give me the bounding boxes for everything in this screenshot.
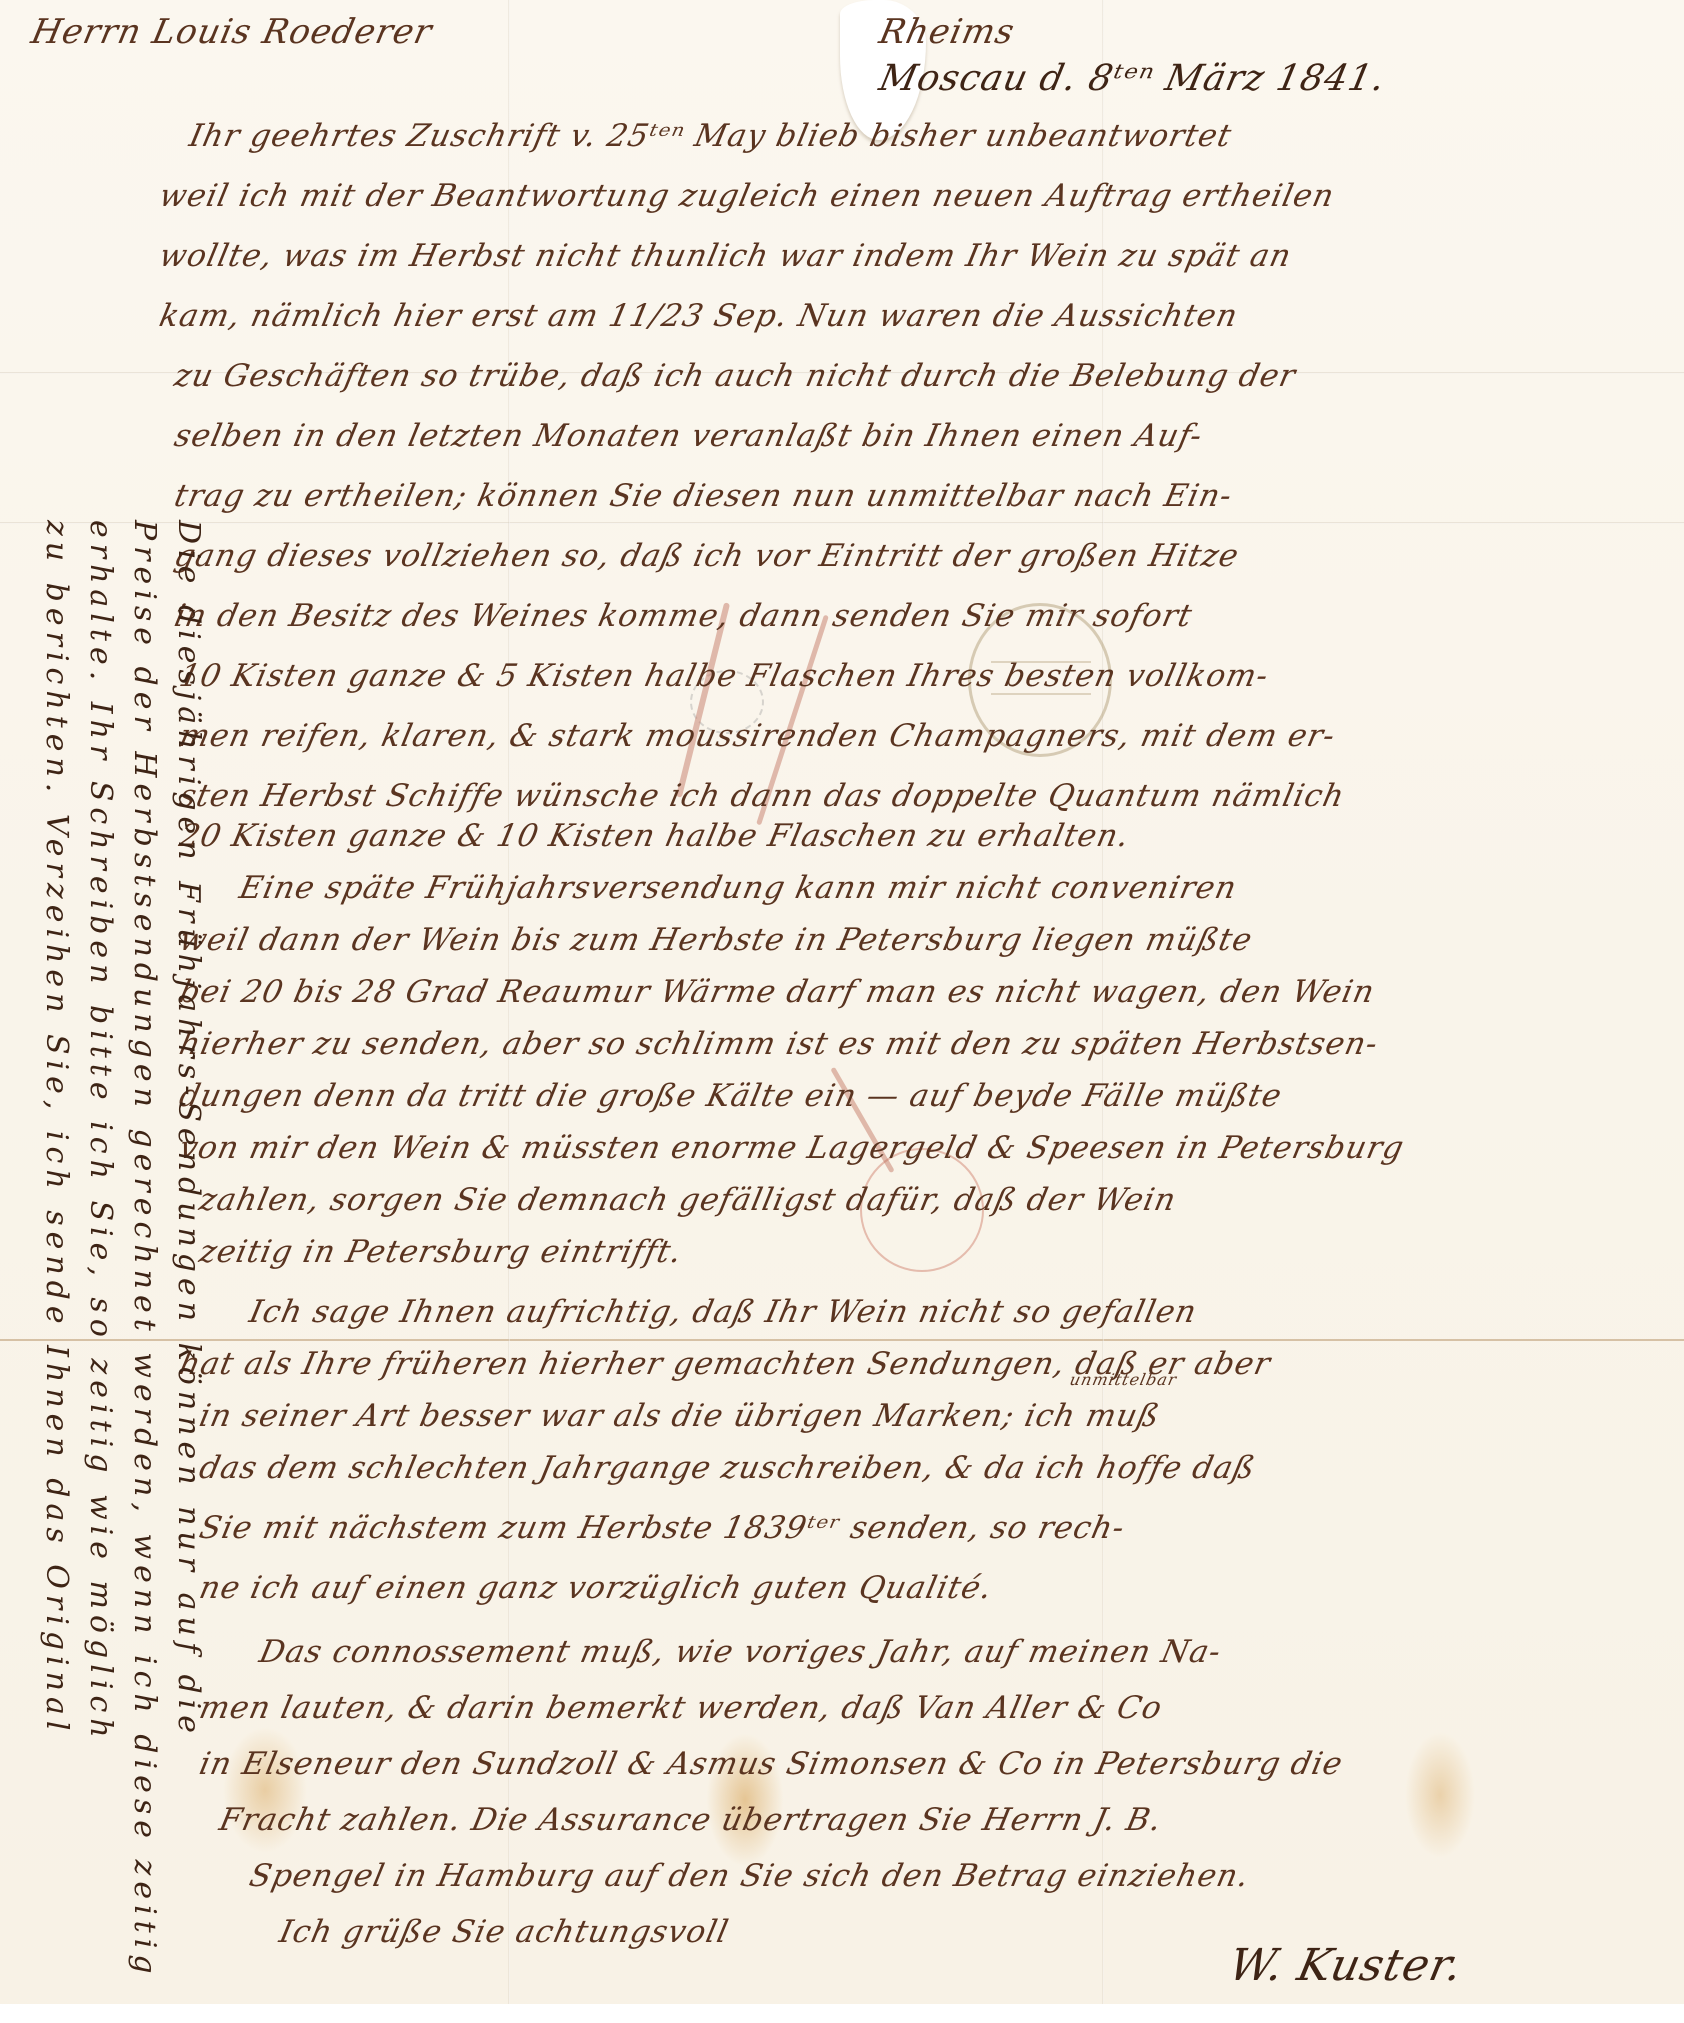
margin-note-line: erhalte. Ihr Schreiben bitte ich Sie, so…: [78, 520, 122, 2000]
body-line: Das connossement muß, wie voriges Jahr, …: [256, 1634, 1224, 1670]
body-line: trag zu ertheilen; können Sie diesen nun…: [171, 478, 1235, 514]
scan-border: [0, 2004, 1684, 2023]
signature: W. Kuster.: [1225, 1940, 1468, 1991]
margin-note-line: Preise der Herbstsendungen gerechnet wer…: [122, 520, 166, 2000]
body-line: men reifen, klaren, & stark moussirenden…: [176, 718, 1339, 754]
body-line: Ich sage Ihnen aufrichtig, daß Ihr Wein …: [246, 1294, 1200, 1330]
body-line: men lauten, & darin bemerkt werden, daß …: [196, 1690, 1166, 1726]
body-line: Fracht zahlen. Die Assurance übertragen …: [216, 1802, 1165, 1838]
body-line: dungen denn da tritt die große Kälte ein…: [176, 1078, 1285, 1114]
margin-note: Die diesjährigen Frühjahrs-Sendungen kön…: [30, 520, 210, 2000]
body-line: ne ich auf einen ganz vorzüglich guten Q…: [196, 1570, 995, 1606]
body-line: in seiner Art besser war als die übrigen…: [196, 1398, 1163, 1434]
body-line: bei 20 bis 28 Grad Reaumur Wärme darf ma…: [176, 974, 1378, 1010]
letter-page: Herrn Louis Roederer Rheims Moscau d. 8ᵗ…: [0, 0, 1684, 2004]
body-line: Eine späte Frühjahrsversendung kann mir …: [236, 870, 1240, 906]
closing-line: Ich grüße Sie achtungsvoll: [276, 1914, 732, 1950]
recipient-place: Rheims: [876, 12, 1019, 52]
body-line: Sie mit nächstem zum Herbste 1839ᵗᵉʳ sen…: [196, 1510, 1128, 1546]
body-line: selben in den letzten Monaten veranlaßt …: [171, 418, 1206, 454]
fold-crease: [0, 522, 1684, 524]
body-line: das dem schlechten Jahrgange zuschreiben…: [196, 1450, 1259, 1486]
addressee: Herrn Louis Roederer: [28, 12, 436, 52]
fold-crease: [0, 1339, 1684, 1341]
body-line: gang dieses vollziehen so, daß ich vor E…: [171, 538, 1242, 574]
body-line: wollte, was im Herbst nicht thunlich war…: [156, 238, 1295, 274]
body-line: zu Geschäften so trübe, daß ich auch nic…: [171, 358, 1299, 394]
body-line: weil dann der Wein bis zum Herbste in Pe…: [176, 922, 1256, 958]
margin-note-line: zu berichten. Verzeihen Sie, ich sende I…: [34, 520, 78, 2000]
body-line: zeitig in Petersburg eintrifft.: [196, 1234, 685, 1270]
margin-note-line: Die diesjährigen Frühjahrs-Sendungen kön…: [166, 520, 210, 2000]
body-line: von mir den Wein & müssten enorme Lagerg…: [176, 1130, 1407, 1166]
body-line: hierher zu senden, aber so schlimm ist e…: [176, 1026, 1381, 1062]
body-line: in den Besitz des Weines komme, dann sen…: [171, 598, 1196, 634]
body-line: in Elseneur den Sundzoll & Asmus Simonse…: [196, 1746, 1346, 1782]
body-line: 10 Kisten ganze & 5 Kisten halbe Flasche…: [176, 658, 1272, 694]
body-line: weil ich mit der Beantwortung zugleich e…: [156, 178, 1338, 214]
body-line: Spengel in Hamburg auf den Sie sich den …: [246, 1858, 1253, 1894]
interlinear-insertion: unmittelbar: [1068, 1370, 1179, 1389]
body-line: Ihr geehrtes Zuschrift v. 25ᵗᵉⁿ May blie…: [186, 118, 1235, 154]
body-line: 20 Kisten ganze & 10 Kisten halbe Flasch…: [176, 818, 1133, 854]
dateline: Moscau d. 8ᵗᵉⁿ März 1841.: [876, 58, 1390, 99]
body-line: kam, nämlich hier erst am 11/23 Sep. Nun…: [156, 298, 1241, 334]
body-line: sten Herbst Schiffe wünsche ich dann das…: [176, 778, 1348, 814]
body-line: zahlen, sorgen Sie demnach gefälligst da…: [196, 1182, 1179, 1218]
